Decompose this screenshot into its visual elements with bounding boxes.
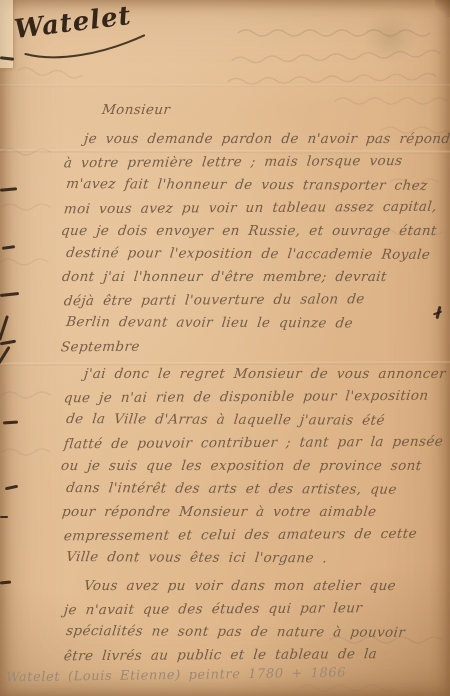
ink-mark	[0, 187, 17, 191]
letter-line: spécialités ne sont pas de nature à pouv…	[65, 620, 443, 645]
letter-line: j'ai donc le regret Monsieur de vous ann…	[61, 363, 443, 386]
letter-line: m'avez fait l'honneur de vous transporte…	[65, 173, 443, 198]
corner-stain	[435, 0, 450, 17]
letter-line: de la Ville d'Arras à laquelle j'aurais …	[65, 408, 443, 433]
letter-line: destiné pour l'exposition de l'accademie…	[65, 242, 443, 267]
letter-paragraph: Vous avez pu voir dans mon atelier queje…	[62, 575, 442, 667]
letter-line: être livrés au public et le tableau de l…	[63, 643, 444, 669]
letter-paragraph: j'ai donc le regret Monsieur de vous ann…	[62, 363, 442, 570]
catalog-pencil-note: Watelet (Louis Etienne) peintre 1780 + 1…	[6, 666, 346, 686]
manuscript-letter-page: Watelet Monsieur je vous demande pardon …	[0, 0, 450, 696]
letter-line: dont j'ai l'honneur d'être membre; devra…	[61, 266, 443, 289]
letter-line: je n'avait que des études qui par leur	[63, 597, 444, 623]
letter-line: déjà être parti l'ouverture du salon de	[63, 288, 444, 314]
letter-line: Berlin devant avoir lieu le quinze de	[65, 311, 443, 336]
ink-mark	[5, 485, 18, 491]
letter-line: pour répondre Monsieur à votre aimable	[61, 501, 443, 524]
letter-line: Ville dont vous êtes ici l'organe .	[65, 546, 443, 571]
ink-mark	[0, 292, 19, 297]
ink-mark	[3, 420, 18, 424]
ink-mark	[0, 315, 9, 341]
letter-line: je vous demande pardon de n'avoir pas ré…	[61, 128, 443, 151]
ink-mark	[2, 245, 15, 250]
ink-mark	[0, 516, 8, 518]
letter-line: ou je suis que les exposition de provinc…	[60, 455, 443, 478]
collector-name-annotation: Watelet	[13, 1, 134, 45]
letter-line: à votre première lettre ; mais lorsque v…	[63, 150, 444, 176]
letter-line: Vous avez pu voir dans mon atelier que	[61, 575, 443, 598]
ink-mark	[0, 340, 16, 346]
letter-body: Monsieur je vous demande pardon de n'avo…	[62, 98, 442, 672]
letter-line: dans l'intérêt des arts et des artistes,…	[65, 477, 443, 502]
letter-salutation: Monsieur	[61, 98, 444, 122]
letter-line: flatté de pouvoir contribuer ; tant par …	[63, 431, 444, 457]
letter-line: empressement et celui des amateurs de ce…	[63, 523, 444, 549]
letter-line: que je dois envoyer en Russie, et ouvrag…	[60, 220, 443, 243]
letter-line: moi vous avez pu voir un tableau assez c…	[63, 196, 444, 222]
fold-crease	[0, 84, 450, 87]
letter-paragraph: je vous demande pardon de n'avoir pas ré…	[62, 128, 442, 358]
letter-line: que je n'ai rien de disponible pour l'ex…	[63, 385, 444, 411]
letter-line: Septembre	[60, 334, 444, 360]
ink-mark	[0, 580, 11, 584]
